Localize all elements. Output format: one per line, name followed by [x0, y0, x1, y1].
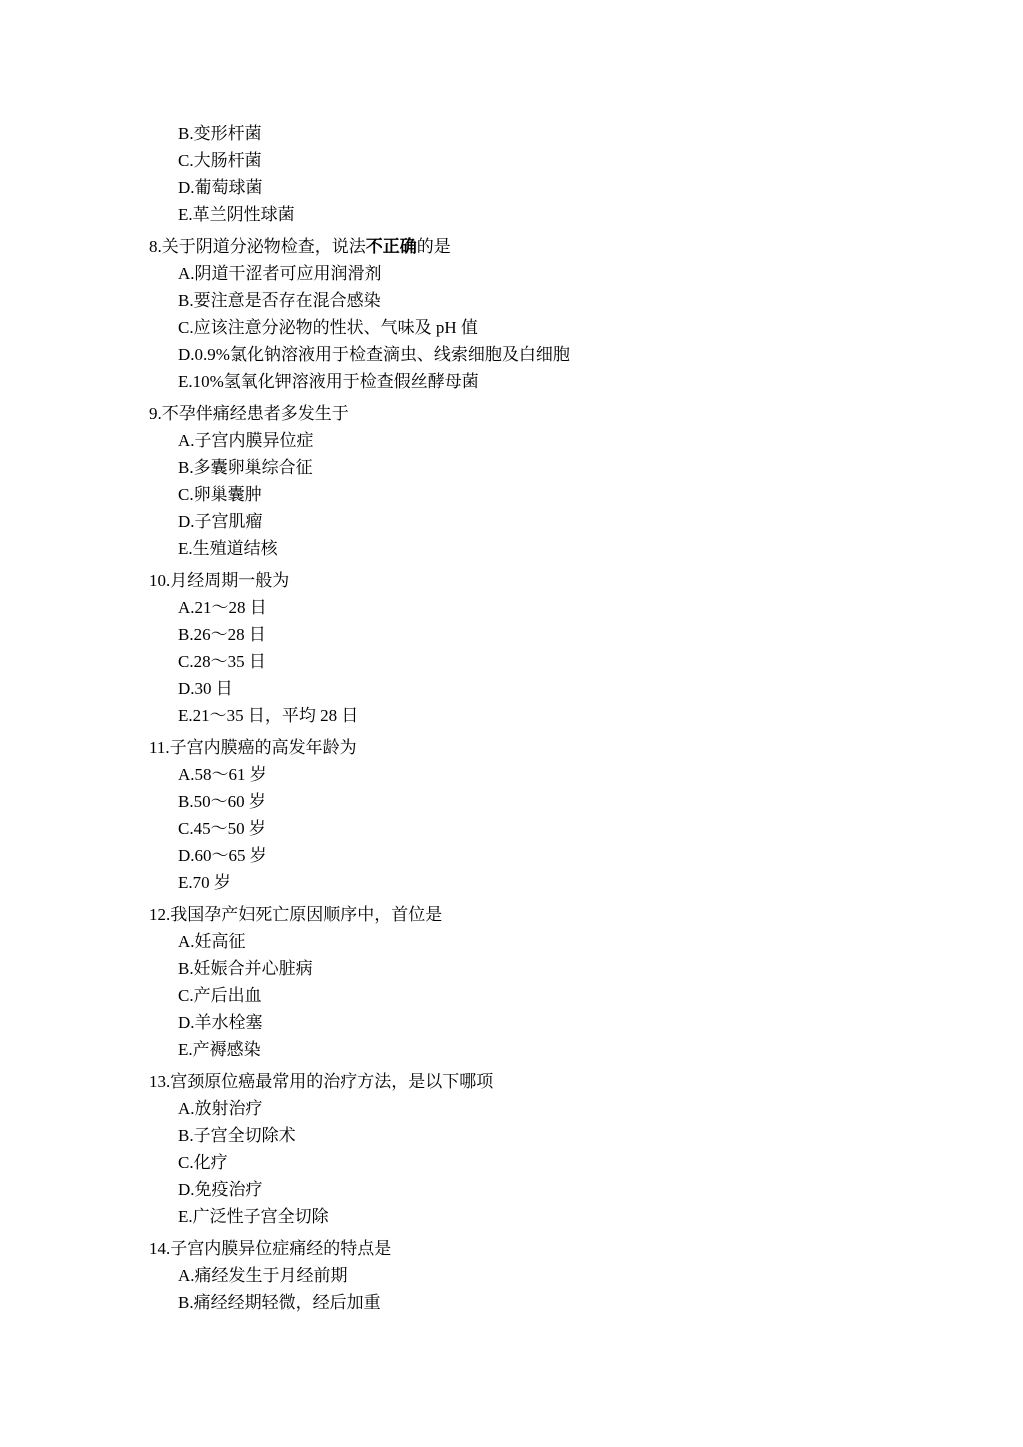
question-text: 宫颈原位癌最常用的治疗方法，是以下哪项: [170, 1072, 493, 1091]
option-line: B.痛经经期轻微，经后加重: [178, 1289, 963, 1316]
question-number: 8.: [149, 237, 162, 256]
option-line: E.生殖道结核: [178, 535, 963, 562]
option-line: B.要注意是否存在混合感染: [178, 287, 963, 314]
option-line: E.革兰阴性球菌: [178, 201, 963, 228]
option-line: A.痛经发生于月经前期: [178, 1262, 963, 1289]
question-text: 月经周期一般为: [170, 571, 289, 590]
option-line: D.30 日: [178, 675, 963, 702]
option-line: C.大肠杆菌: [178, 147, 963, 174]
question-text: 的是: [417, 237, 451, 256]
option-line: D.葡萄球菌: [178, 174, 963, 201]
question-block-9: 9.不孕伴痛经患者多发生于 A.子宫内膜异位症 B.多囊卵巢综合征 C.卵巢囊肿…: [149, 400, 963, 562]
question-number: 10.: [149, 571, 170, 590]
option-line: E.70 岁: [178, 869, 963, 896]
question-block-12: 12.我国孕产妇死亡原因顺序中，首位是 A.妊高征 B.妊娠合并心脏病 C.产后…: [149, 901, 963, 1063]
question-text: 不孕伴痛经患者多发生于: [162, 404, 349, 423]
question-number: 13.: [149, 1072, 170, 1091]
question-block-13: 13.宫颈原位癌最常用的治疗方法，是以下哪项 A.放射治疗 B.子宫全切除术 C…: [149, 1068, 963, 1230]
document-page: B.变形杆菌 C.大肠杆菌 D.葡萄球菌 E.革兰阴性球菌 8.关于阴道分泌物检…: [0, 0, 1023, 1447]
option-line: A.放射治疗: [178, 1095, 963, 1122]
question-text: 子宫内膜癌的高发年龄为: [170, 738, 357, 757]
option-line: D.免疫治疗: [178, 1176, 963, 1203]
options-list: A.21～28 日 B.26～28 日 C.28～35 日 D.30 日 E.2…: [149, 594, 963, 729]
question-text-bold: 不正确: [366, 237, 417, 256]
option-line: E.产褥感染: [178, 1036, 963, 1063]
option-line: C.卵巢囊肿: [178, 481, 963, 508]
question-number: 14.: [149, 1239, 170, 1258]
question-text: 子宫内膜异位症痛经的特点是: [170, 1239, 391, 1258]
question-stem: 10.月经周期一般为: [149, 567, 963, 594]
options-list: A.妊高征 B.妊娠合并心脏病 C.产后出血 D.羊水栓塞 E.产褥感染: [149, 928, 963, 1063]
question-text: 关于阴道分泌物检查，说法: [162, 237, 366, 256]
question-number: 9.: [149, 404, 162, 423]
option-line: C.化疗: [178, 1149, 963, 1176]
question-stem: 14.子宫内膜异位症痛经的特点是: [149, 1235, 963, 1262]
question-number: 12.: [149, 905, 170, 924]
option-line: E.21～35 日，平均 28 日: [178, 702, 963, 729]
question-block-10: 10.月经周期一般为 A.21～28 日 B.26～28 日 C.28～35 日…: [149, 567, 963, 729]
options-list: A.阴道干涩者可应用润滑剂 B.要注意是否存在混合感染 C.应该注意分泌物的性状…: [149, 260, 963, 395]
option-line: B.妊娠合并心脏病: [178, 955, 963, 982]
option-line: D.0.9%氯化钠溶液用于检查滴虫、线索细胞及白细胞: [178, 341, 963, 368]
options-list: A.放射治疗 B.子宫全切除术 C.化疗 D.免疫治疗 E.广泛性子宫全切除: [149, 1095, 963, 1230]
option-line: E.广泛性子宫全切除: [178, 1203, 963, 1230]
option-line: A.妊高征: [178, 928, 963, 955]
option-line: D.60～65 岁: [178, 842, 963, 869]
question-stem: 8.关于阴道分泌物检查，说法不正确的是: [149, 233, 963, 260]
option-line: B.50～60 岁: [178, 788, 963, 815]
question-block-11: 11.子宫内膜癌的高发年龄为 A.58～61 岁 B.50～60 岁 C.45～…: [149, 734, 963, 896]
option-line: C.45～50 岁: [178, 815, 963, 842]
continued-options-list: B.变形杆菌 C.大肠杆菌 D.葡萄球菌 E.革兰阴性球菌: [149, 120, 963, 228]
option-line: B.多囊卵巢综合征: [178, 454, 963, 481]
option-line: B.子宫全切除术: [178, 1122, 963, 1149]
question-stem: 12.我国孕产妇死亡原因顺序中，首位是: [149, 901, 963, 928]
options-list: A.痛经发生于月经前期 B.痛经经期轻微，经后加重: [149, 1262, 963, 1316]
option-line: B.26～28 日: [178, 621, 963, 648]
option-line: E.10%氢氧化钾溶液用于检查假丝酵母菌: [178, 368, 963, 395]
question-text: 我国孕产妇死亡原因顺序中，首位是: [170, 905, 442, 924]
option-line: C.28～35 日: [178, 648, 963, 675]
options-list: A.子宫内膜异位症 B.多囊卵巢综合征 C.卵巢囊肿 D.子宫肌瘤 E.生殖道结…: [149, 427, 963, 562]
question-stem: 11.子宫内膜癌的高发年龄为: [149, 734, 963, 761]
question-block-8: 8.关于阴道分泌物检查，说法不正确的是 A.阴道干涩者可应用润滑剂 B.要注意是…: [149, 233, 963, 395]
option-line: D.羊水栓塞: [178, 1009, 963, 1036]
question-stem: 9.不孕伴痛经患者多发生于: [149, 400, 963, 427]
option-line: A.21～28 日: [178, 594, 963, 621]
option-line: A.子宫内膜异位症: [178, 427, 963, 454]
options-list: A.58～61 岁 B.50～60 岁 C.45～50 岁 D.60～65 岁 …: [149, 761, 963, 896]
question-block-14: 14.子宫内膜异位症痛经的特点是 A.痛经发生于月经前期 B.痛经经期轻微，经后…: [149, 1235, 963, 1316]
option-line: A.阴道干涩者可应用润滑剂: [178, 260, 963, 287]
option-line: D.子宫肌瘤: [178, 508, 963, 535]
option-line: A.58～61 岁: [178, 761, 963, 788]
question-stem: 13.宫颈原位癌最常用的治疗方法，是以下哪项: [149, 1068, 963, 1095]
option-line: C.产后出血: [178, 982, 963, 1009]
option-line: B.变形杆菌: [178, 120, 963, 147]
question-number: 11.: [149, 738, 170, 757]
option-line: C.应该注意分泌物的性状、气味及 pH 值: [178, 314, 963, 341]
